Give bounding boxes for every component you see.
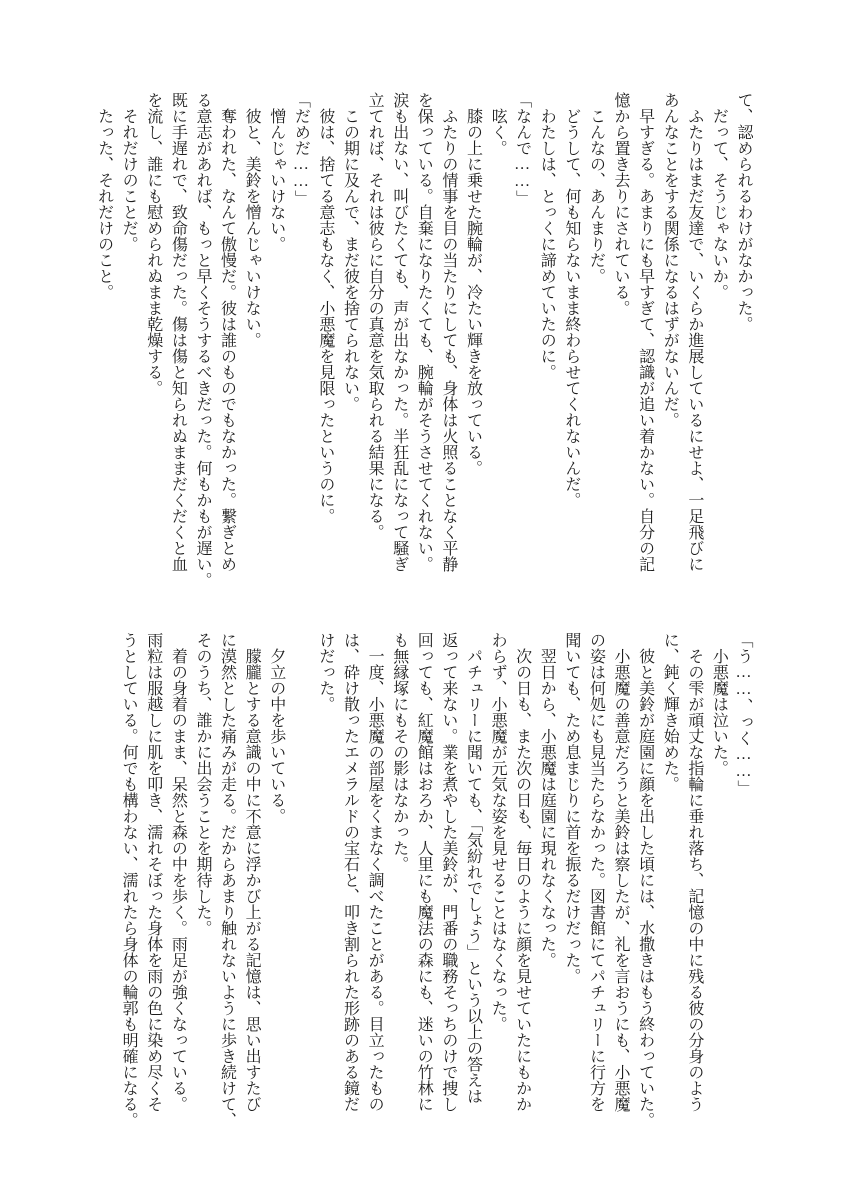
text-line: を流し、誰にも慰められぬまま乾燥する。 (140, 92, 165, 594)
text-line: 彼と、美鈴を憎んじゃいけない。 (239, 92, 264, 594)
text-line: だって、そうじゃないか。 (706, 92, 731, 594)
text-line: そのうち、誰かに出会うことを期待した。 (189, 632, 214, 1148)
text-line: 彼と美鈴が庭園に顔を出した頃には、水撒きはもう終わっていた。 (632, 632, 657, 1148)
text-line: ふたりの情事を目の当たりにしても、身体は火照ることなく平静 (435, 92, 460, 594)
text-line: ふたりはまだ友達で、いくらか進展しているにせよ、一足飛びに (681, 92, 706, 594)
text-line: 既に手遅れで、致命傷だった。傷は傷と知られぬままだくだくと血 (165, 92, 190, 594)
text-line: この期に及んで、まだ彼を捨てられない。 (337, 92, 362, 594)
text-line: 憎んじゃいけない。 (263, 92, 288, 594)
text-line: うとしている。何でも構わない、濡れたら身体の輪郭も明確になる。 (116, 632, 141, 1148)
text-line: パチュリーに聞いても、「気紛れでしょう」という以上の答えは (460, 632, 485, 1148)
text-line: どうして、何も知らないまま終わらせてくれないんだ。 (558, 92, 583, 594)
text-line: 小悪魔の善意だろうと美鈴は察したが、礼を言おうにも、小悪魔 (607, 632, 632, 1148)
text-line: 着の身着のまま、呆然と森の中を歩く。雨足が強くなっている。 (165, 632, 190, 1148)
blank-line (288, 632, 313, 1148)
text-line: の姿は何処にも見当たらなかった。図書館にてパチュリーに行方を (583, 632, 608, 1148)
text-line: こんなの、あんまりだ。 (583, 92, 608, 594)
text-line: る意志があれば、もっと早くそうするべきだった。何もかもが遅い。 (189, 92, 214, 594)
text-line: 「だめだ……」 (288, 92, 313, 594)
text-line: 回っても、紅魔館はおろか、人里にも魔法の森にも、迷いの竹林に (411, 632, 436, 1148)
text-line: 「なんで……」 (509, 92, 534, 594)
text-line: 早すぎる。あまりにも早すぎて、認識が追い着かない。自分の記 (632, 92, 657, 594)
bottom-text-block: 「う……、っく……」 小悪魔は泣いた。 その雫が頑丈な指輪に垂れ落ち、記憶の中に… (116, 632, 755, 1148)
text-line: 雨粒は服越しに肌を叩き、濡れそぼった身体を雨の色に染め尽くそ (140, 632, 165, 1148)
text-line: 「う……、っく……」 (730, 632, 755, 1148)
text-line: 小悪魔は泣いた。 (706, 632, 731, 1148)
text-line: も無縁塚にもその影はなかった。 (386, 632, 411, 1148)
text-line: たった、それだけのこと。 (91, 92, 116, 594)
text-line: 立てれば、それは彼らに自分の真意を気取られる結果になる。 (362, 92, 387, 594)
text-line: を保っている。自棄になりたくても、腕輪がそうさせてくれない。 (411, 92, 436, 594)
text-line: 翌日から、小悪魔は庭園に現れなくなった。 (534, 632, 559, 1148)
text-line: 朦朧とする意識の中に不意に浮かび上がる記憶は、思い出すたび (239, 632, 264, 1148)
text-line: 夕立の中を歩いている。 (263, 632, 288, 1148)
text-line: わたしは、とっくに諦めていたのに。 (534, 92, 559, 594)
text-line: て、認められるわけがなかった。 (730, 92, 755, 594)
text-line: に、鈍く輝き始めた。 (657, 632, 682, 1148)
text-line: 一度、小悪魔の部屋をくまなく調べたことがある。目立ったもの (362, 632, 387, 1148)
text-line: 憶から置き去りにされている。 (607, 92, 632, 594)
top-text-block: て、認められるわけがなかった。 だって、そうじゃないか。 ふたりはまだ友達で、い… (91, 92, 755, 594)
text-line: 涙も出ない、叫びたくても、声が出なかった。半狂乱になって騒ぎ (386, 92, 411, 594)
text-line: は、砕け散ったエメラルドの宝石と、叩き割られた形跡のある鏡だ (337, 632, 362, 1148)
text-line: 彼は、捨てる意志もなく、小悪魔を見限ったというのに。 (312, 92, 337, 594)
novel-page: て、認められるわけがなかった。 だって、そうじゃないか。 ふたりはまだ友達で、い… (0, 0, 850, 1200)
text-line: 次の日も、また次の日も、毎日のように顔を見せていたにもかか (509, 632, 534, 1148)
text-line: 奪われた、なんて傲慢だ。彼は誰のものでもなかった。繋ぎとめ (214, 92, 239, 594)
text-line: 聞いても、ため息まじりに首を振るだけだった。 (558, 632, 583, 1148)
text-line: 膝の上に乗せた腕輪が、冷たい輝きを放っている。 (460, 92, 485, 594)
text-line: あんなことをする関係になるはずがないんだ。 (657, 92, 682, 594)
text-line: それだけのことだ。 (116, 92, 141, 594)
text-line: に漠然とした痛みが走る。だからあまり触れないように歩き続けて、 (214, 632, 239, 1148)
text-line: 呟く。 (484, 92, 509, 594)
text-line: けだった。 (312, 632, 337, 1148)
text-line: 返って来ない。業を煮やした美鈴が、門番の職務そっちのけで捜し (435, 632, 460, 1148)
text-line: わらず、小悪魔が元気な姿を見せることはなくなった。 (484, 632, 509, 1148)
text-line: その雫が頑丈な指輪に垂れ落ち、記憶の中に残る彼の分身のよう (681, 632, 706, 1148)
